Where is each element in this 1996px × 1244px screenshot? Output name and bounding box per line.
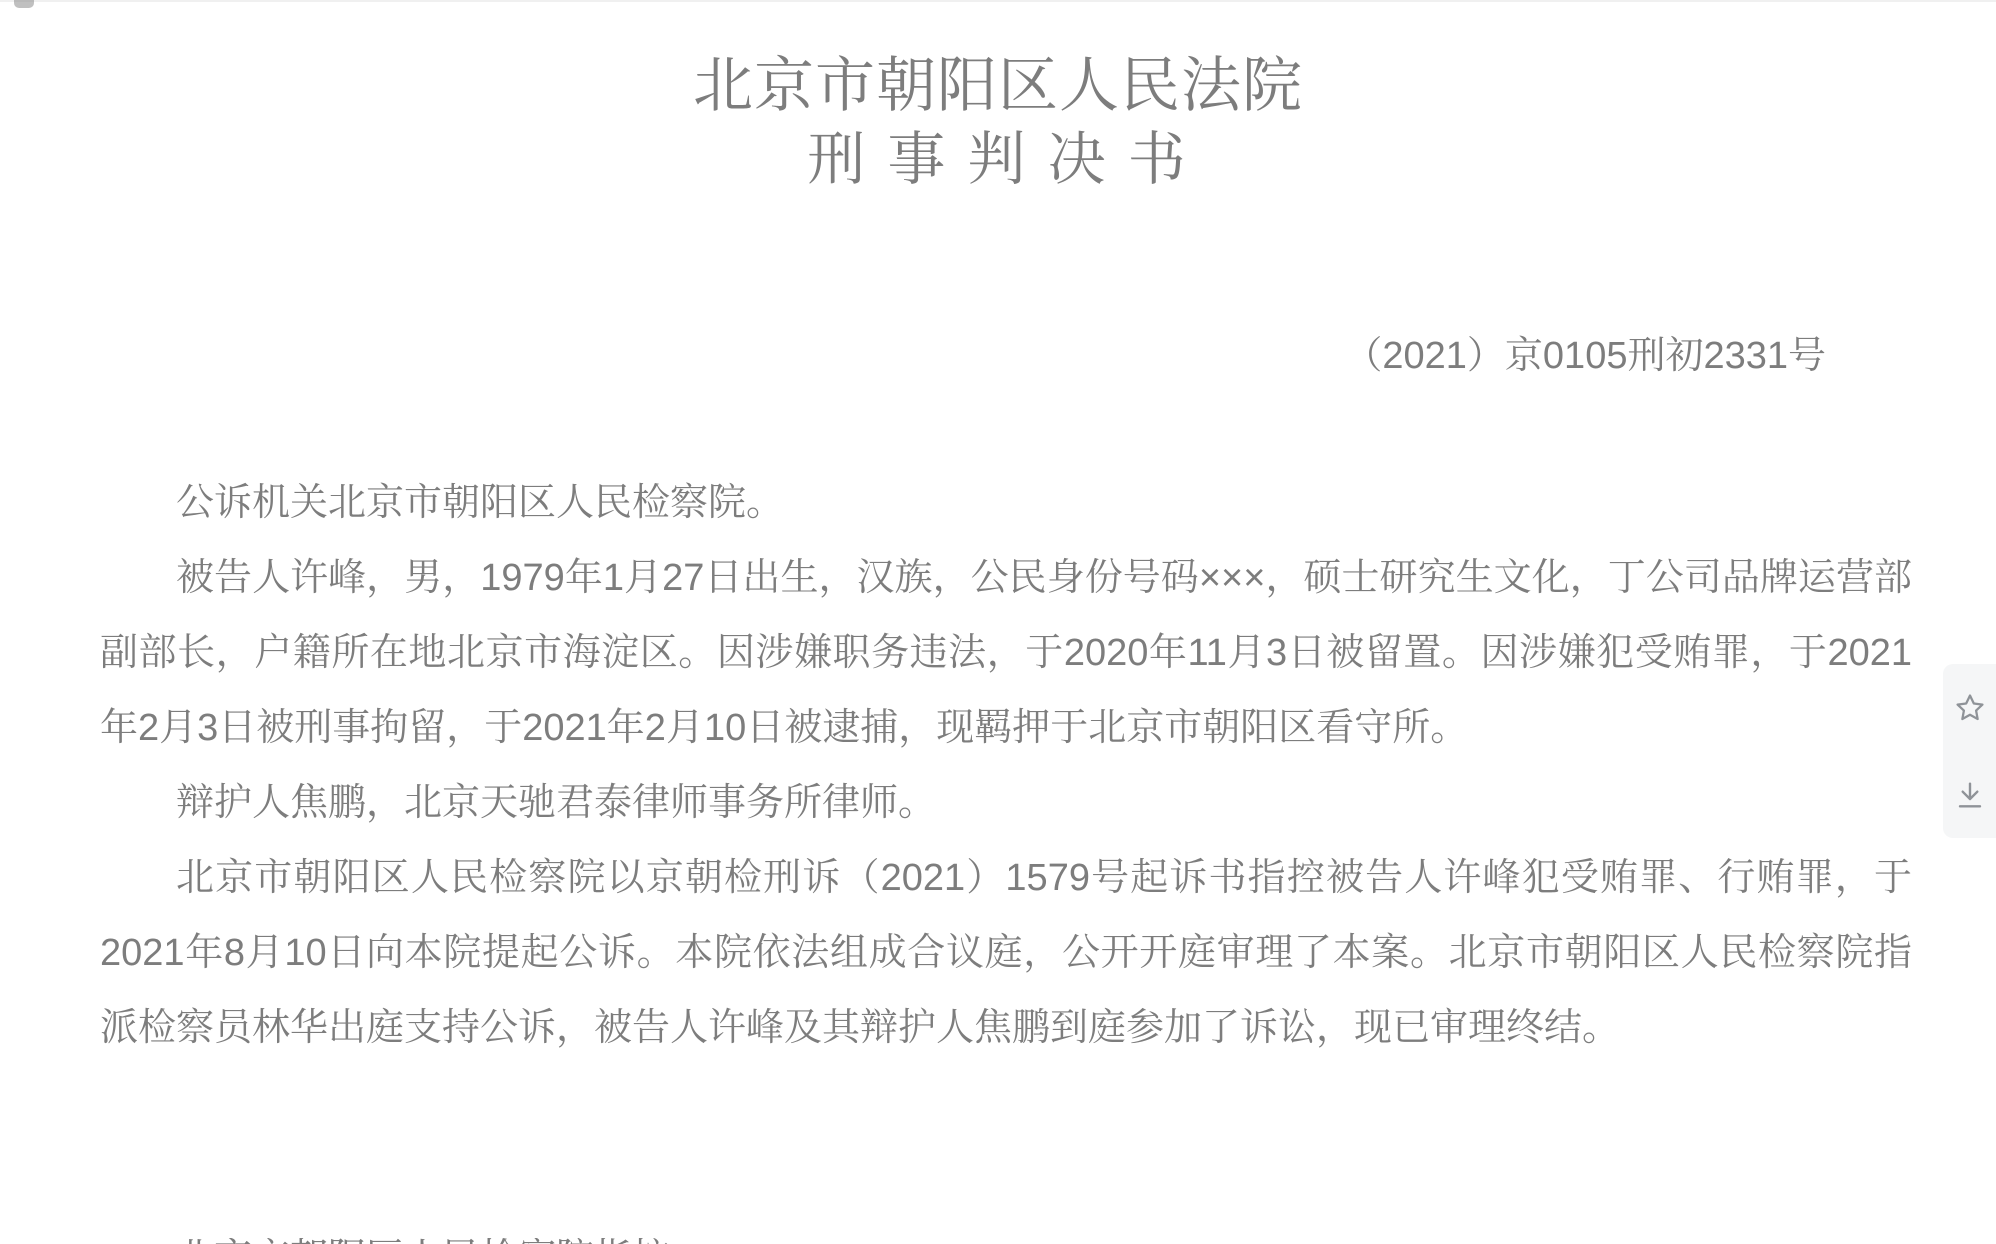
download-button[interactable]	[1943, 755, 1996, 835]
case-number: （2021）京0105刑初2331号	[100, 326, 1826, 386]
document-type-title: 刑 事 判 决 书	[0, 120, 1996, 200]
paragraph-prosecution-organ: 公诉机关北京市朝阳区人民检察院。	[100, 466, 1912, 541]
top-chrome-divider	[0, 0, 1996, 2]
document-viewer: 北京市朝阳区人民法院 刑 事 判 决 书 （2021）京0105刑初2331号 …	[0, 0, 1996, 1244]
star-icon	[1953, 691, 1987, 725]
paragraph-defense-counsel: 辩护人焦鹏，北京天驰君泰律师事务所律师。	[100, 766, 1912, 841]
download-icon	[1954, 779, 1986, 811]
document-body: 公诉机关北京市朝阳区人民检察院。 被告人许峰，男，1979年1月27日出生，汉族…	[100, 466, 1912, 1066]
paragraph-procedure: 北京市朝阳区人民检察院以京朝检刑诉（2021）1579号起诉书指控被告人许峰犯受…	[100, 841, 1912, 1066]
clipped-chrome-fragment	[14, 0, 34, 8]
floating-toolbar	[1943, 664, 1996, 838]
paragraph-defendant-info: 被告人许峰，男，1979年1月27日出生，汉族，公民身份号码×××，硕士研究生文…	[100, 541, 1912, 766]
court-name-title: 北京市朝阳区人民法院	[0, 46, 1996, 126]
favorite-button[interactable]	[1943, 668, 1996, 748]
clipped-next-line: 北京市朝阳区人民检察院指控	[176, 1238, 1912, 1244]
